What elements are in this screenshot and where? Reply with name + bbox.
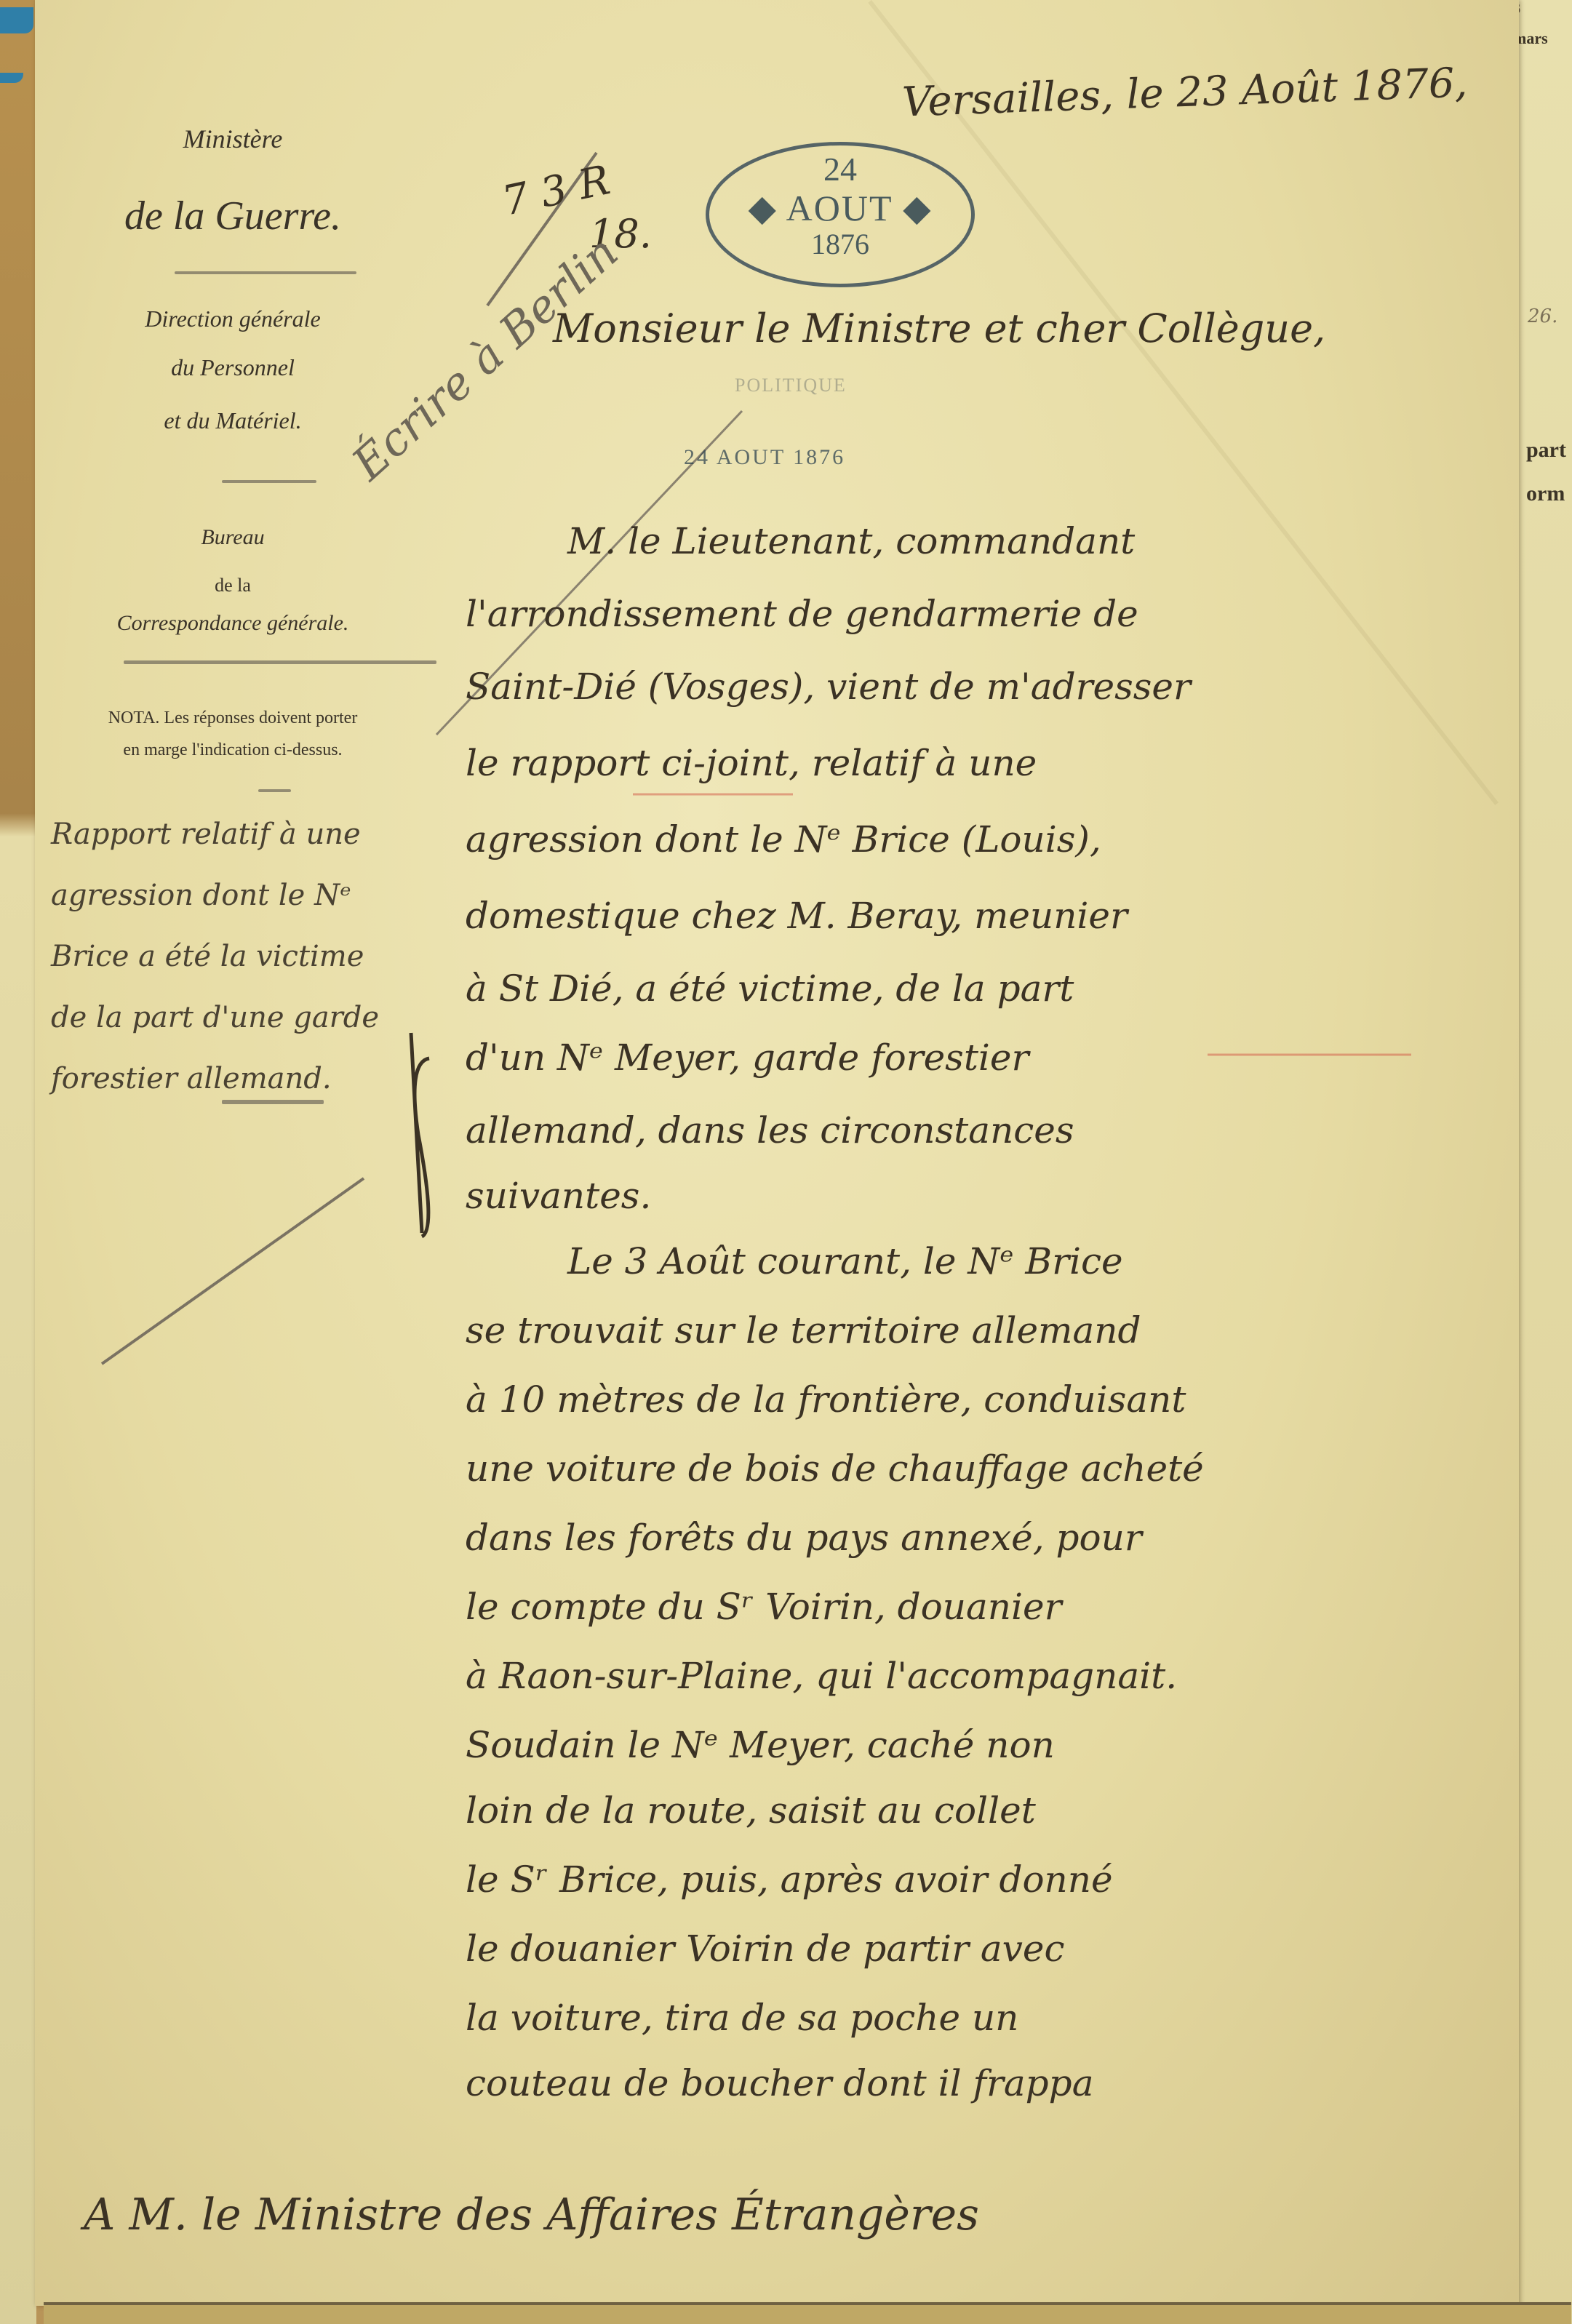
- body-line: à St Dié, a été victime, de la part: [466, 967, 1074, 1010]
- body-line: le compte du Sʳ Voirin, douanier: [466, 1586, 1061, 1628]
- secondary-stamp-faint: POLITIQUE: [735, 375, 847, 396]
- body-line: suivantes.: [466, 1175, 651, 1217]
- sheet-bottom-edge: [44, 2302, 1571, 2324]
- body-line: Saint-Dié (Vosges), vient de m'adresser: [466, 666, 1191, 708]
- body-line: le rapport ci-joint, relatif à une: [466, 742, 1037, 784]
- received-stamp: 24 ◆ AOUT ◆ 1876: [706, 142, 975, 287]
- body-line: la voiture, tira de sa poche un: [466, 1997, 1018, 2039]
- body-line: couteau de boucher dont il frappa: [466, 2062, 1094, 2104]
- body-line: à Raon-sur-Plaine, qui l'accompagnait.: [466, 1655, 1177, 1697]
- body-line: loin de la route, saisit au collet: [466, 1789, 1036, 1832]
- stamp-year: 1876: [709, 228, 971, 260]
- body-line: allemand, dans les circonstances: [466, 1109, 1074, 1151]
- body-line: le douanier Voirin de partir avec: [466, 1928, 1065, 1970]
- body-line: se trouvait sur le territoire allemand: [466, 1309, 1141, 1351]
- body-line: agression dont le Nᵉ Brice (Louis),: [466, 818, 1101, 860]
- body-line: une voiture de bois de chauffage acheté: [466, 1447, 1204, 1490]
- stamp-day: 24: [709, 151, 971, 188]
- addressee-line: A M. le Ministre des Affaires Étrangères: [84, 2189, 979, 2240]
- stamp-month: ◆ AOUT ◆: [709, 188, 971, 228]
- diagonal-strike: [102, 1178, 364, 1364]
- bracket-mark: [411, 1033, 429, 1237]
- body-line: d'un Nᵉ Meyer, garde forestier: [466, 1037, 1029, 1079]
- salutation: Monsieur le Ministre et cher Collègue,: [553, 306, 1325, 351]
- body-line: l'arrondissement de gendarmerie de: [466, 593, 1138, 635]
- body-line: le Sʳ Brice, puis, après avoir donné: [466, 1858, 1113, 1901]
- body-line: Le 3 Août courant, le Nᵉ Brice: [567, 1240, 1123, 1282]
- body-line: à 10 mètres de la frontière, conduisant: [466, 1378, 1186, 1421]
- body-line: domestique chez M. Beray, meunier: [466, 895, 1128, 937]
- secondary-stamp-date: 24 AOUT 1876: [684, 445, 845, 470]
- body-line: Soudain le Nᵉ Meyer, caché non: [466, 1724, 1055, 1766]
- body-line: M. le Lieutenant, commandant: [567, 520, 1135, 562]
- body-line: dans les forêts du pays annexé, pour: [466, 1517, 1142, 1559]
